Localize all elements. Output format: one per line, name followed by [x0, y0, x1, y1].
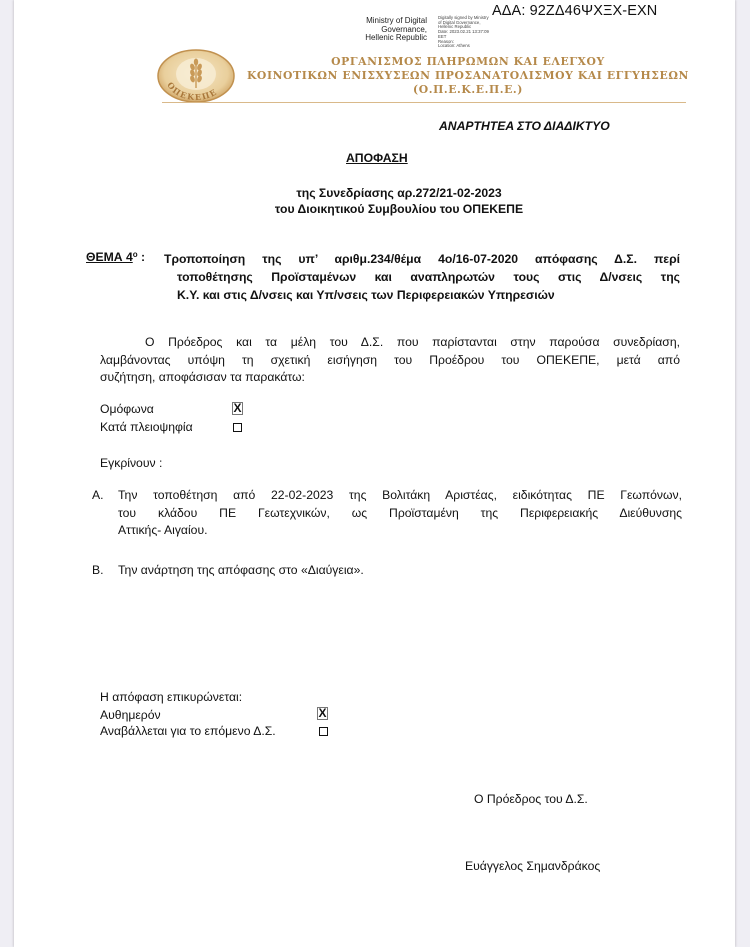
topic-label-text: ΘΕΜΑ 4: [86, 250, 133, 264]
item-line: Την τοποθέτηση από 22-02-2023 της Βολιτά…: [118, 487, 682, 505]
topic-line: Κ.Υ. και στις Δ/νσεις και Υπ/νσεις των Π…: [165, 286, 680, 304]
ratification-postponed: Αναβάλλεται για το επόμενο Δ.Σ.: [100, 724, 276, 738]
signer-line: Hellenic Republic: [352, 34, 427, 43]
majority-checkbox[interactable]: [233, 423, 242, 432]
postponed-checkbox[interactable]: [319, 727, 328, 736]
ratification-same-day: Αυθημερόν: [100, 708, 161, 722]
topic-label-suffix: :: [138, 250, 145, 264]
paragraph-line: λαμβάνοντας υπόψη τη σχετική εισήγηση το…: [100, 352, 680, 370]
approve-label: Εγκρίνουν :: [100, 456, 162, 470]
vote-option-majority: Κατά πλειοψηφία: [100, 420, 193, 434]
topic-line: τοποθέτησης Προϊσταμένων και αναπληρωτών…: [165, 268, 680, 286]
unanimous-checkbox[interactable]: [232, 402, 243, 415]
item-line: Αττικής- Αιγαίου.: [118, 522, 682, 540]
organization-name: ΟΡΓΑΝΙΣΜΟΣ ΠΛΗΡΩΜΩΝ ΚΑΙ ΕΛΕΓΧΟΥ ΚΟΙΝΟΤΙΚ…: [228, 55, 708, 97]
item-marker: Β.: [92, 562, 104, 580]
item-line: του κλάδου ΠΕ Γεωτεχνικών, ως Προϊσταμέν…: [118, 505, 682, 523]
opekepe-logo-icon: ΟΠΕΚΕΠΕ: [154, 48, 238, 104]
vote-option-unanimous: Ομόφωνα: [100, 402, 154, 416]
topic-label: ΘΕΜΑ 4ο :: [86, 250, 145, 264]
paragraph-line: συζήτηση, αποφάσισαν τα παρακάτω:: [100, 369, 680, 387]
topic-text: Τροποποίηση της υπ’ αριθμ.234/θέμα 4ο/16…: [165, 250, 680, 304]
publish-note: ΑΝΑΡΤΗΤΕΑ ΣΤΟ ΔΙΑΔΙΚΤΥΟ: [439, 119, 610, 133]
vote-option-label: Ομόφωνα: [100, 402, 154, 416]
org-line: (Ο.Π.Ε.Κ.Ε.Π.Ε.): [228, 83, 708, 97]
item-marker: Α.: [92, 487, 104, 505]
item-line: Την ανάρτηση της απόφασης στο «Διαύγεια»…: [118, 562, 682, 580]
digital-signer: Ministry of Digital Governance, Hellenic…: [352, 17, 427, 43]
intro-paragraph: Ο Πρόεδρος και τα μέλη του Δ.Σ. που παρί…: [100, 334, 680, 387]
header-divider: [162, 102, 686, 103]
session-line: του Διοικητικού Συμβουλίου του ΟΠΕΚΕΠΕ: [164, 201, 634, 217]
signature-name: Ευάγγελος Σημανδράκος: [465, 859, 600, 873]
signature-detail-line: Location: Athens: [438, 44, 518, 49]
session-info: της Συνεδρίασης αρ.272/21-02-2023 του Δι…: [164, 185, 634, 217]
signature-details: Digitally signed by Ministry of Digital …: [438, 16, 518, 49]
paragraph-line: Ο Πρόεδρος και τα μέλη του Δ.Σ. που παρί…: [100, 334, 680, 352]
topic-line: Τροποποίηση της υπ’ αριθμ.234/θέμα 4ο/16…: [164, 250, 680, 268]
same-day-checkbox[interactable]: [317, 707, 328, 720]
document-page: ΑΔΑ: 92ΖΔ46ΨΧΞΧ-ΕΧΝ Ministry of Digital …: [14, 0, 735, 947]
decision-item-a: Α. Την τοποθέτηση από 22-02-2023 της Βολ…: [92, 487, 682, 540]
signature-role: Ο Πρόεδρος του Δ.Σ.: [474, 792, 588, 806]
decision-item-b: Β. Την ανάρτηση της απόφασης στο «Διαύγε…: [92, 562, 682, 580]
decision-title: ΑΠΟΦΑΣΗ: [346, 151, 408, 165]
session-line: της Συνεδρίασης αρ.272/21-02-2023: [164, 185, 634, 201]
org-line: ΚΟΙΝΟΤΙΚΩΝ ΕΝΙΣΧΥΣΕΩΝ ΠΡΟΣΑΝΑΤΟΛΙΣΜΟΥ ΚΑ…: [228, 69, 708, 83]
ratification-heading: Η απόφαση επικυρώνεται:: [100, 690, 242, 704]
org-line: ΟΡΓΑΝΙΣΜΟΣ ΠΛΗΡΩΜΩΝ ΚΑΙ ΕΛΕΓΧΟΥ: [228, 55, 708, 69]
vote-option-label: Κατά πλειοψηφία: [100, 420, 193, 434]
